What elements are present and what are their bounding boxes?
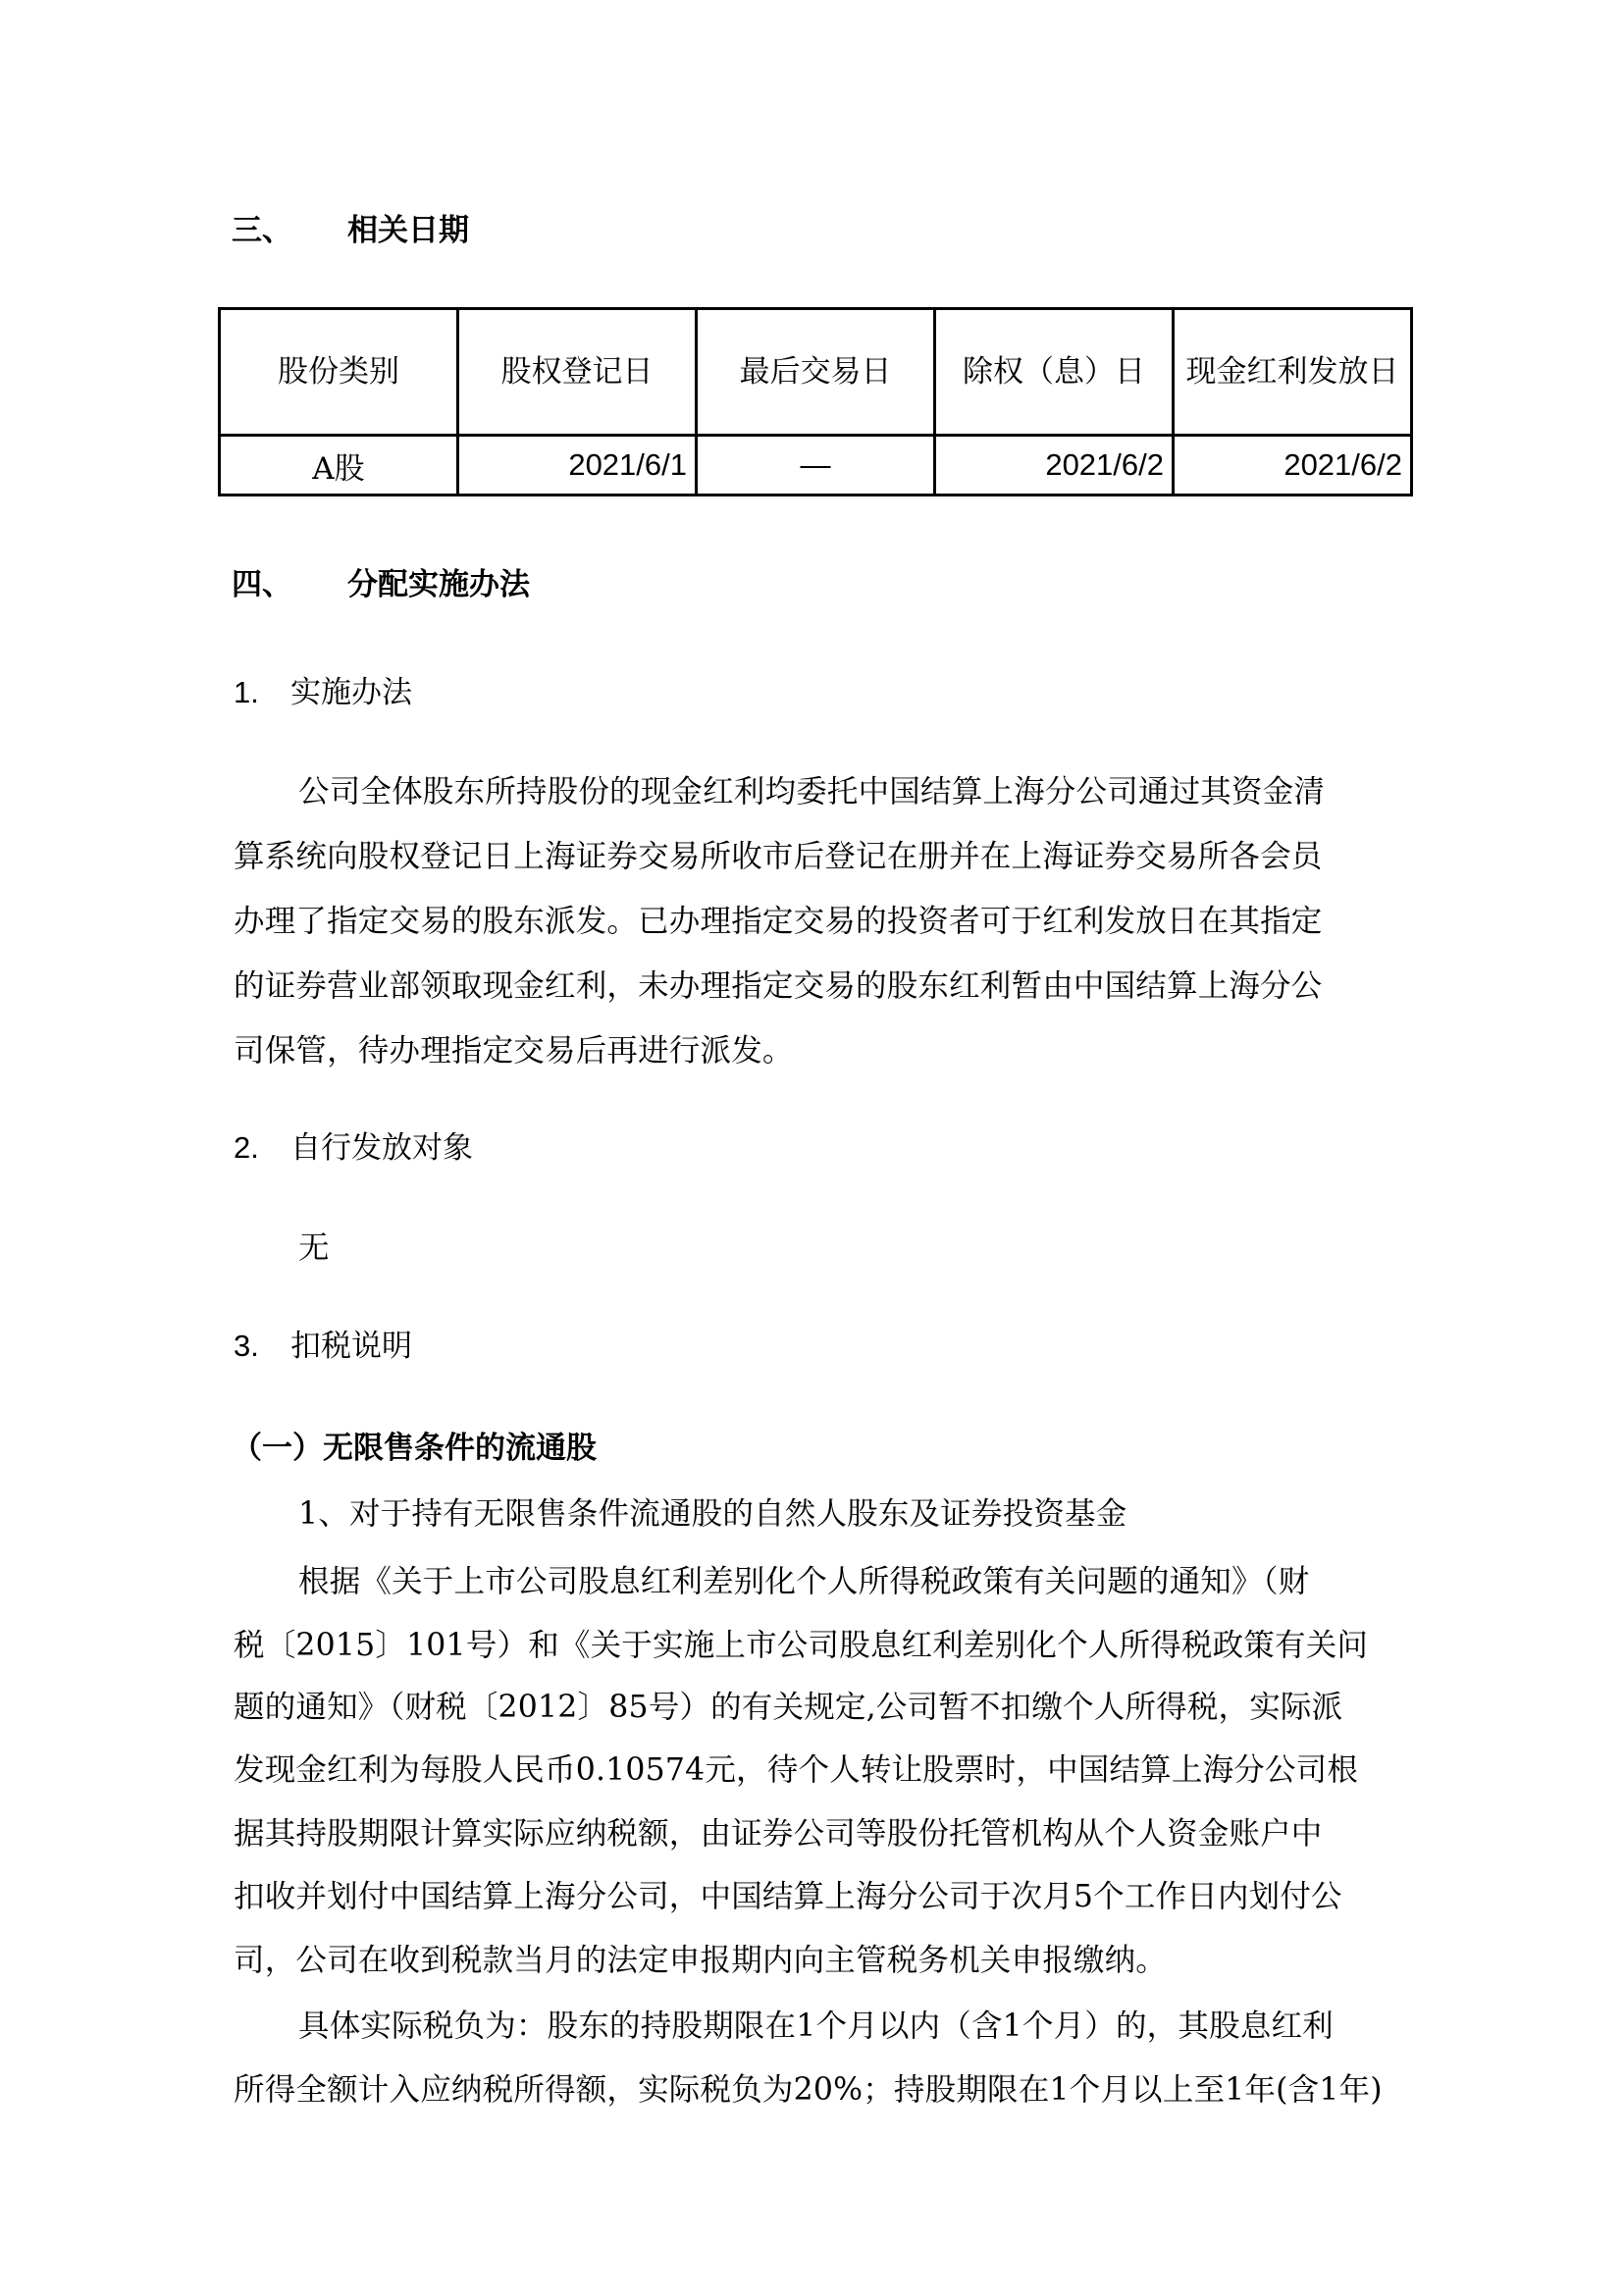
point-heading-individual-shareholders: 1、对于持有无限售条件流通股的自然人股东及证券投资基金	[298, 1494, 1126, 1534]
header-ex-dividend-date: 除权（息）日	[935, 309, 1174, 436]
item-title: 自行发放对象	[290, 1130, 473, 1166]
header-payment-date: 现金红利发放日	[1174, 309, 1412, 436]
self-distribution-content: 无	[298, 1228, 330, 1268]
cell-record-date: 2021/6/1	[458, 436, 697, 496]
paragraph-line: 根据《关于上市公司股息红利差别化个人所得税政策有关问题的通知》（财	[298, 1562, 1309, 1601]
section-title: 分配实施办法	[347, 567, 530, 602]
item-heading-self-distribution: 2.自行发放对象	[234, 1128, 473, 1168]
item-number: 3.	[234, 1327, 290, 1366]
header-share-type: 股份类别	[220, 309, 458, 436]
item-title: 实施办法	[290, 675, 412, 710]
paragraph-line: 扣收并划付中国结算上海分公司，中国结算上海分公司于次月5个工作日内划付公	[234, 1877, 1342, 1916]
paragraph-line: 据其持股期限计算实际应纳税额，由证券公司等股份托管机构从个人资金账户中	[234, 1814, 1323, 1853]
section-heading-distribution-method: 四、分配实施办法	[232, 565, 530, 604]
paragraph-line: 公司全体股东所持股份的现金红利均委托中国结算上海分公司通过其资金清	[298, 772, 1325, 811]
table-header-row: 股份类别 股权登记日 最后交易日 除权（息）日 现金红利发放日	[220, 309, 1412, 436]
paragraph-line: 的证券营业部领取现金红利，未办理指定交易的股东红利暂由中国结算上海分公	[234, 966, 1323, 1006]
cell-payment-date: 2021/6/2	[1174, 436, 1412, 496]
table-row: A股 2021/6/1 — 2021/6/2 2021/6/2	[220, 436, 1412, 496]
item-number: 2.	[234, 1128, 290, 1168]
header-last-trading-date: 最后交易日	[697, 309, 935, 436]
item-title: 扣税说明	[290, 1329, 412, 1364]
paragraph-line: 题的通知》（财税〔2012〕85号）的有关规定,公司暂不扣缴个人所得税，实际派	[234, 1688, 1342, 1727]
header-record-date: 股权登记日	[458, 309, 697, 436]
section-title: 相关日期	[347, 213, 469, 248]
cell-ex-dividend-date: 2021/6/2	[935, 436, 1174, 496]
paragraph-line: 司保管，待办理指定交易后再进行派发。	[234, 1031, 794, 1070]
cell-last-trading-date: —	[697, 436, 935, 496]
section-number: 三、	[232, 211, 347, 250]
item-heading-tax-explanation: 3.扣税说明	[234, 1327, 412, 1366]
paragraph-line: 办理了指定交易的股东派发。已办理指定交易的投资者可于红利发放日在其指定	[234, 902, 1323, 941]
paragraph-line: 司，公司在收到税款当月的法定申报期内向主管税务机关申报缴纳。	[234, 1941, 1167, 1980]
paragraph-line: 具体实际税负为：股东的持股期限在1个月以内（含1个月）的，其股息红利	[298, 2007, 1334, 2046]
section-number: 四、	[232, 565, 347, 604]
item-number: 1.	[234, 673, 290, 712]
related-dates-table: 股份类别 股权登记日 最后交易日 除权（息）日 现金红利发放日 A股 2021/…	[218, 307, 1413, 496]
item-heading-implementation: 1.实施办法	[234, 673, 412, 712]
paragraph-line: 发现金红利为每股人民币0.10574元，待个人转让股票时，中国结算上海分公司根	[234, 1750, 1358, 1790]
paragraph-line: 算系统向股权登记日上海证券交易所收市后登记在册并在上海证券交易所各会员	[234, 837, 1323, 876]
cell-share-type: A股	[220, 436, 458, 496]
subheading-unrestricted-shares: （一）无限售条件的流通股	[232, 1429, 597, 1468]
paragraph-line: 所得全额计入应纳税所得额，实际税负为20%；持股期限在1个月以上至1年(含1年)	[234, 2070, 1383, 2110]
section-heading-related-dates: 三、相关日期	[232, 211, 469, 250]
paragraph-line: 税〔2015〕101号）和《关于实施上市公司股息红利差别化个人所得税政策有关问	[234, 1626, 1368, 1665]
